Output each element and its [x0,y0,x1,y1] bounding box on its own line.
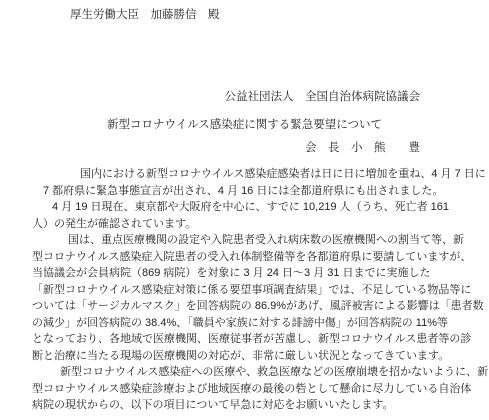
body-line: ついては「サージカルマスク」を回答病院の 86.9%があげ、風評被害による影響は… [32,298,489,315]
addressee-line: 厚生労働大臣 加藤勝信 殿 [70,7,220,23]
body-line: 国内における新型コロナウイルス感染症感染者は日に日に増加を重ね、4 月 7 日に [32,166,489,183]
body-line: 当協議会が会員病院（869 病院）を対象に 3 月 24 日～3 月 31 日ま… [32,265,489,282]
document-title: 新型コロナウイルス感染症に関する緊急要望について [0,116,489,132]
sender-representative: 会 長 小 熊 豊 [225,140,421,157]
body-line: 型コロナウイルス感染症入院患者の受入れ体制整備等を各都道府県に要請していますが、 [32,249,489,266]
document-body: 国内における新型コロナウイルス感染症感染者は日に日に増加を重ね、4 月 7 日に… [32,166,489,414]
body-line: となっており、各地域で医療機関、医療従事者が苦慮し、新型コロナウイルス患者等の診 [32,331,489,348]
body-line: 病院の現状からの、以下の項目について早急に対応をお願いいたします。 [32,397,489,414]
body-line: 7 都府県に緊急事態宣言が出され、4 月 16 日には全都道府県にも出されました… [32,183,489,200]
document-page: 厚生労働大臣 加藤勝信 殿 公益社団法人 全国自治体病院協議会 会 長 小 熊 … [0,0,489,420]
body-line: 4 月 19 日現在、東京都や大阪府を中心に、すでに 10,219 人（うち、死… [32,199,489,216]
body-line: 人）の発生が確認されています。 [32,216,489,233]
body-line: 型コロナウイルス感染症診療および地域医療の最後の砦として懸命に尽力している自治体 [32,381,489,398]
sender-organization: 公益社団法人 全国自治体病院協議会 [225,89,421,106]
body-line: 新型コロナウイルス感染症への医療や、救急医療などの医療崩壊を招かないように、新 [32,364,489,381]
body-line: 断と治療に当たる現場の医療機関の対応が、非常に厳しい状況となってきています。 [32,348,489,365]
body-line: の減少」が回答病院の 38.4%、「職員や家族に対する誹謗中傷」が回答病院の 1… [32,315,489,332]
body-line: 「新型コロナウイルス感染症対策に係る要望事項調査結果」では、不足している物品等に [32,282,489,299]
body-line: 国は、重点医療機関の設定や入院患者受入れ病床数の医療機関への割当て等、新 [32,232,489,249]
